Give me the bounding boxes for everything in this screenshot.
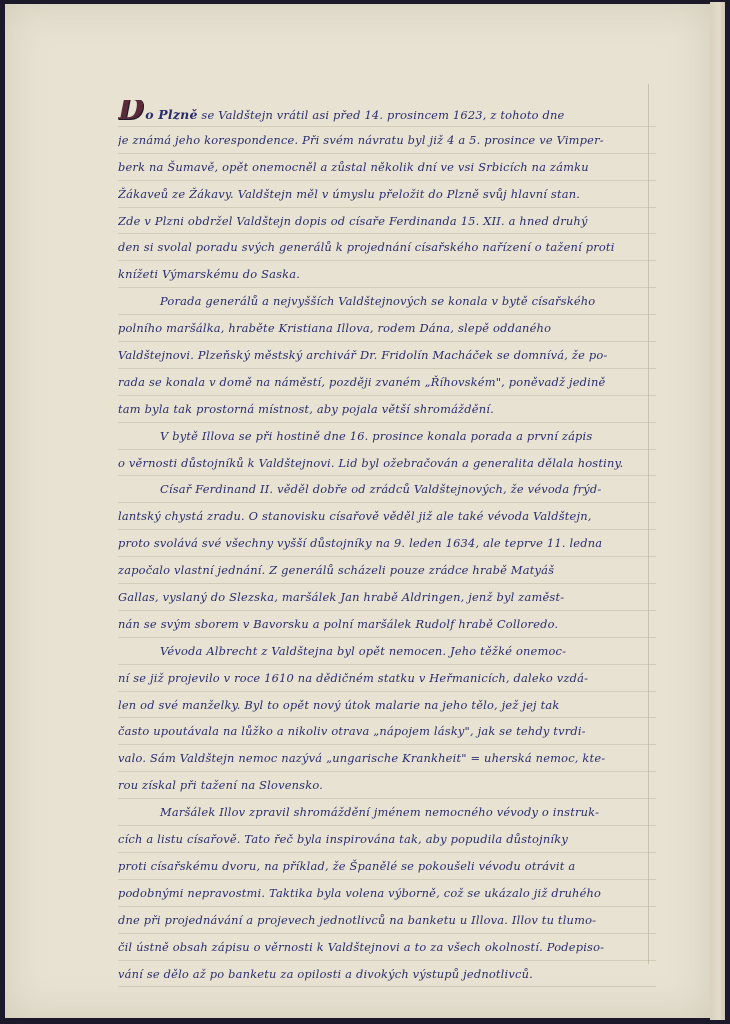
text-line: Vévoda Albrecht z Valdštejna byl opět ne… <box>118 638 656 665</box>
text-line: cích a listu císařově. Tato řeč byla ins… <box>118 826 656 853</box>
handwritten-text: Do Plzně se Valdštejn vrátil asi před 14… <box>118 100 656 987</box>
text-line: proti císařskému dvoru, na příklad, že Š… <box>118 853 656 880</box>
text-line: často upoutávala na lůžko a nikoliv otra… <box>118 718 656 745</box>
text-line: vání se dělo až po banketu za opilosti a… <box>118 961 656 988</box>
text-line: podobnými nepravostmi. Taktika byla vole… <box>118 880 656 907</box>
text-line: čil ústně obsah zápisu o věrnosti k Vald… <box>118 934 656 961</box>
manuscript-page: Do Plzně se Valdštejn vrátil asi před 14… <box>5 4 710 1018</box>
text-line: V bytě Illova se při hostině dne 16. pro… <box>118 423 656 450</box>
text-line: Maršálek Illov zpravil shromáždění jméne… <box>118 799 656 826</box>
text-line: Porada generálů a nejvyšších Valdštejnov… <box>118 288 656 315</box>
text-line: Valdštejnovi. Plzeňský městský archivář … <box>118 342 656 369</box>
text-line: proto svolává své všechny vyšší důstojní… <box>118 530 656 557</box>
text-line: započalo vlastní jednání. Z generálů sch… <box>118 557 656 584</box>
text-line: rada se konala v domě na náměstí, pozděj… <box>118 369 656 396</box>
text-line: Žákaveů ze Žákavy. Valdštejn měl v úmysl… <box>118 181 656 208</box>
text-line: je známá jeho korespondence. Při svém ná… <box>118 127 656 154</box>
text-line: valo. Sám Valdštejn nemoc nazývá „ungari… <box>118 745 656 772</box>
text-line: tam byla tak prostorná místnost, aby poj… <box>118 396 656 423</box>
text-line: nán se svým sborem v Bavorsku a polní ma… <box>118 611 656 638</box>
lead-word: o Plzně <box>145 107 197 122</box>
text-line: knížeti Výmarskému do Saska. <box>118 261 656 288</box>
line-text: se Valdštejn vrátil asi před 14. prosinc… <box>198 108 565 122</box>
text-line: Zde v Plzni obdržel Valdštejn dopis od c… <box>118 208 656 235</box>
text-line: rou získal při tažení na Slovensko. <box>118 772 656 799</box>
text-line: den si svolal poradu svých generálů k pr… <box>118 234 656 261</box>
text-line: Gallas, vyslaný do Slezska, maršálek Jan… <box>118 584 656 611</box>
text-line: Do Plzně se Valdštejn vrátil asi před 14… <box>118 100 656 127</box>
drop-cap: D <box>118 100 144 127</box>
text-line: ní se již projevilo v roce 1610 na dědič… <box>118 665 656 692</box>
text-line: lantský chystá zradu. O stanovisku císař… <box>118 503 656 530</box>
next-page-edge <box>710 2 725 1020</box>
text-line: berk na Šumavě, opět onemocněl a zůstal … <box>118 154 656 181</box>
text-line: Císař Ferdinand II. věděl dobře od zrádc… <box>118 476 656 503</box>
text-line: polního maršálka, hraběte Kristiana Illo… <box>118 315 656 342</box>
text-line: len od své manželky. Byl to opět nový út… <box>118 692 656 719</box>
text-line: o věrnosti důstojníků k Valdštejnovi. Li… <box>118 450 656 477</box>
text-line: dne při projednávání a projevech jednotl… <box>118 907 656 934</box>
